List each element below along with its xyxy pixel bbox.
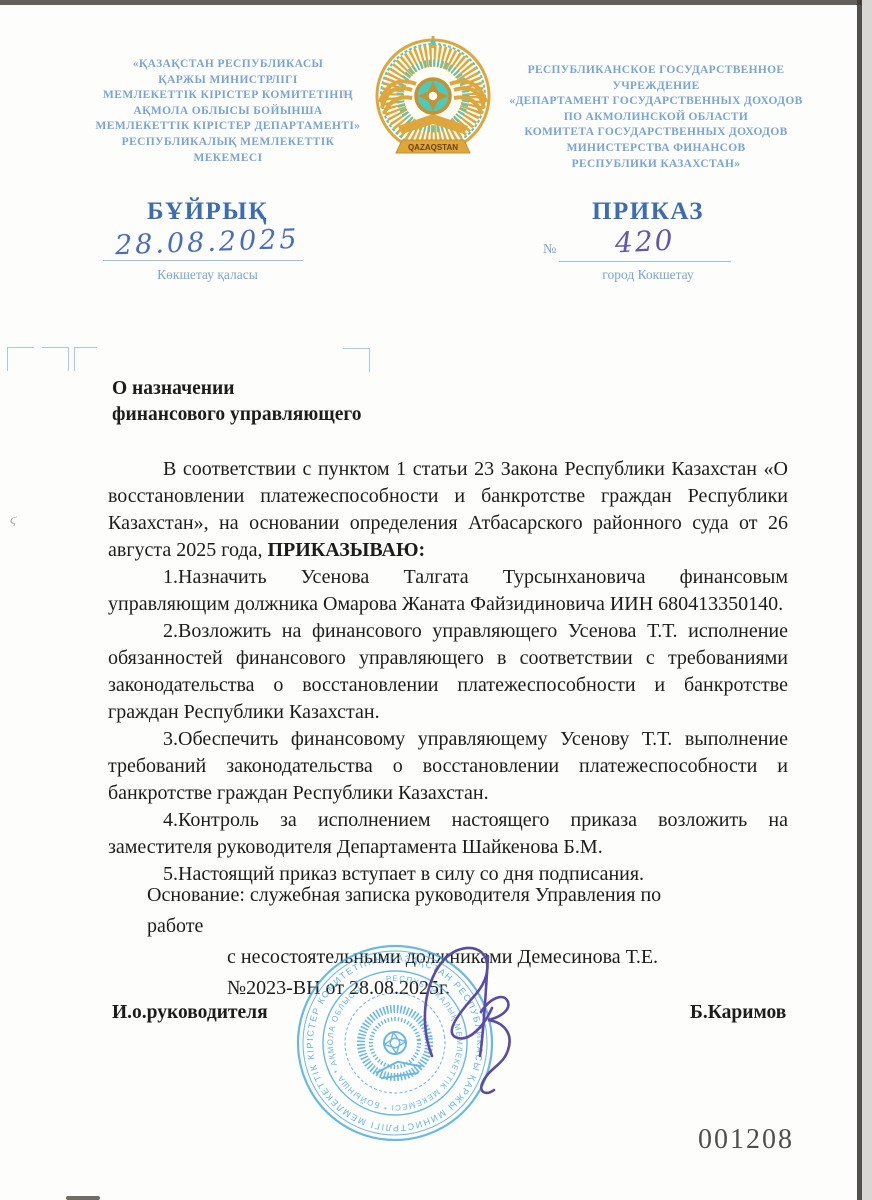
order-title-ru: ПРИКАЗ xyxy=(543,198,753,226)
scan-smudge-bottom xyxy=(66,1196,100,1200)
crop-mark xyxy=(74,347,97,371)
scan-edge-right-margin xyxy=(862,0,872,1200)
org-ru-line: РЕСПУБЛИКИ КАЗАХСТАН» xyxy=(488,157,824,173)
order-body: В соответствии с пунктом 1 статьи 23 Зак… xyxy=(108,456,788,888)
order-item-4: 4.Контроль за исполнением настоящего при… xyxy=(108,807,788,861)
scan-artifact: ǀ· xyxy=(343,88,348,98)
number-sign: № xyxy=(543,242,556,258)
scan-edge-top xyxy=(0,0,872,5)
org-name-kazakh: «ҚАЗАҚСТАН РЕСПУБЛИКАСЫ ҚАРЖЫ МИНИСТРЛІГ… xyxy=(78,57,378,166)
scan-artifact: ϛ xyxy=(10,512,17,529)
kazakhstan-state-emblem-icon: QAZAQSTAN xyxy=(368,34,498,168)
crop-mark xyxy=(42,347,69,371)
intro-emphasis: ПРИКАЗЫВАЮ: xyxy=(267,539,425,561)
order-item-1: 1.Назначить Усенова Талгата Турсынханови… xyxy=(108,564,788,618)
org-ru-line: РЕСПУБЛИКАНСКОЕ ГОСУДАРСТВЕННОЕ xyxy=(488,63,824,79)
subject-line-2: финансового управляющего xyxy=(112,402,362,428)
org-kk-line: МЕКЕМЕСІ xyxy=(78,151,378,167)
signatory-name: Б.Каримов xyxy=(690,1002,786,1024)
crop-mark xyxy=(343,348,370,372)
subject-line-1: О назначении xyxy=(112,376,362,402)
number-underline xyxy=(559,261,731,262)
order-title-kk: БҰЙРЫҚ xyxy=(95,198,320,226)
order-item-2: 2.Возложить на финансового управляющего … xyxy=(108,618,788,726)
org-kk-line: МЕМЛЕКЕТТІК КІРІСТЕР КОМИТЕТІНІҢ xyxy=(78,88,378,104)
handwritten-date: 28.08.2025 xyxy=(115,224,301,261)
place-ru: город Кокшетау xyxy=(543,267,753,283)
intro-text: В соответствии с пунктом 1 статьи 23 Зак… xyxy=(108,458,788,561)
order-heading-russian: ПРИКАЗ № 420 город Кокшетау xyxy=(543,198,753,226)
scan-edge-right xyxy=(857,0,862,1200)
emblem-caption: QAZAQSTAN xyxy=(408,143,458,152)
form-number: 001208 xyxy=(698,1124,794,1156)
org-kk-line: РЕСПУБЛИКАЛЫҚ МЕМЛЕКЕТТІК xyxy=(78,135,378,151)
org-kk-line: «ҚАЗАҚСТАН РЕСПУБЛИКАСЫ xyxy=(78,57,378,73)
org-ru-line: ПО АКМОЛИНСКОЙ ОБЛАСТИ xyxy=(488,110,824,126)
crop-mark xyxy=(7,347,34,371)
handwritten-order-number: 420 xyxy=(614,223,675,259)
org-kk-line: ҚАРЖЫ МИНИСТРЛІГІ xyxy=(78,73,378,89)
org-ru-line: МИНИСТЕРСТВА ФИНАНСОВ xyxy=(488,141,824,157)
place-kk: Көкшетау қаласы xyxy=(95,267,320,283)
org-ru-line: КОМИТЕТА ГОСУДАРСТВЕННЫХ ДОХОДОВ xyxy=(488,125,824,141)
signatory-role: И.о.руководителя xyxy=(112,1002,268,1024)
date-underline xyxy=(103,260,303,261)
org-ru-line: УЧРЕЖДЕНИЕ xyxy=(488,79,824,95)
document-page: «ҚАЗАҚСТАН РЕСПУБЛИКАСЫ ҚАРЖЫ МИНИСТРЛІГ… xyxy=(0,0,872,1200)
order-item-3: 3.Обеспечить финансовому управляющему Ус… xyxy=(108,726,788,807)
handwritten-signature xyxy=(418,938,538,1103)
org-ru-line: «ДЕПАРТАМЕНТ ГОСУДАРСТВЕННЫХ ДОХОДОВ xyxy=(488,94,824,110)
org-kk-line: МЕМЛЕКЕТТІК КІРІСТЕР ДЕПАРТАМЕНТІ» xyxy=(78,119,378,135)
order-heading-kazakh: БҰЙРЫҚ 28.08.2025 Көкшетау қаласы xyxy=(95,198,320,258)
org-name-russian: РЕСПУБЛИКАНСКОЕ ГОСУДАРСТВЕННОЕ УЧРЕЖДЕН… xyxy=(488,63,824,172)
intro-paragraph: В соответствии с пунктом 1 статьи 23 Зак… xyxy=(108,456,788,564)
document-subject: О назначении финансового управляющего xyxy=(112,376,362,428)
org-kk-line: АҚМОЛА ОБЛЫСЫ БОЙЫНША xyxy=(78,104,378,120)
